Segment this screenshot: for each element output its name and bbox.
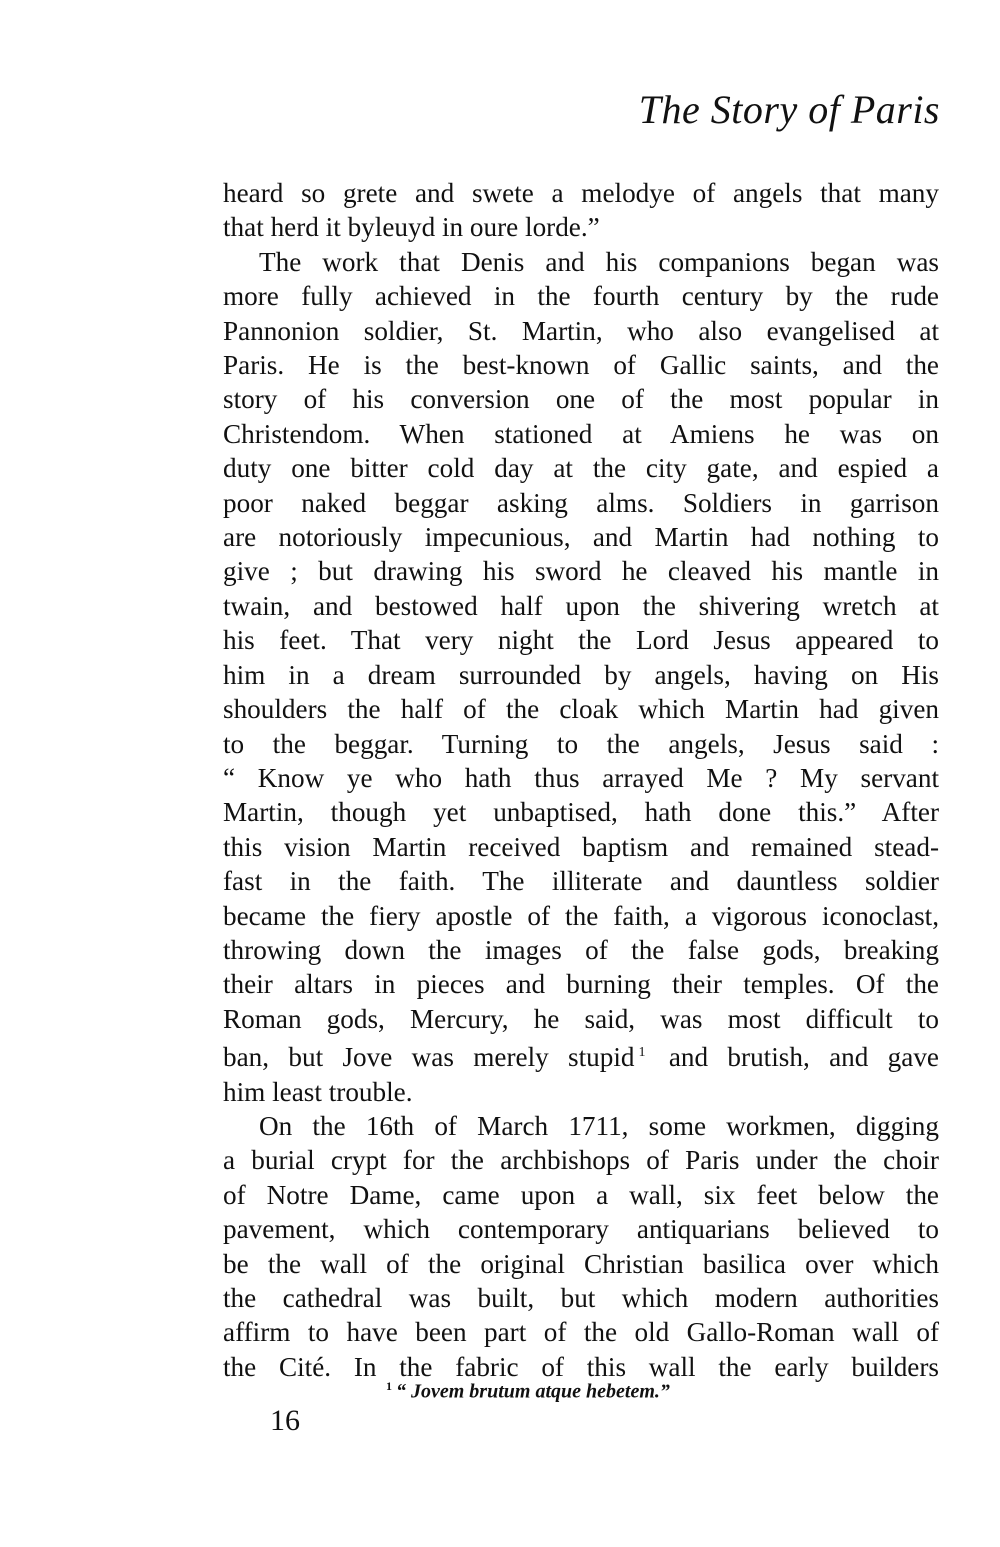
text-line-with-footnote: ban, but Jove was merely stupid1 and bru… [223, 1036, 939, 1074]
text-line: story of his conversion one of the most … [223, 382, 939, 416]
text-line: more fully achieved in the fourth centur… [223, 279, 939, 313]
text-line: became the fiery apostle of the faith, a… [223, 899, 939, 933]
text-line: The work that Denis and his companions b… [223, 245, 939, 279]
text-line: throwing down the images of the false go… [223, 933, 939, 967]
text-line: poor naked beggar asking alms. Soldiers … [223, 486, 939, 520]
text-line: affirm to have been part of the old Gall… [223, 1315, 939, 1349]
text-line: are notoriously impecunious, and Martin … [223, 520, 939, 554]
text-line: that herd it byleuyd in oure lorde.” [223, 210, 939, 244]
text-line: the cathedral was built, but which moder… [223, 1281, 939, 1315]
text-segment: and brutish, and gave [650, 1042, 939, 1072]
text-line: “ Know ye who hath thus arrayed Me ? My … [223, 761, 939, 795]
text-line: this vision Martin received baptism and … [223, 830, 939, 864]
text-line: to the beggar. Turning to the angels, Je… [223, 727, 939, 761]
text-line: of Notre Dame, came upon a wall, six fee… [223, 1178, 939, 1212]
text-segment: ban, but Jove was merely stupid [223, 1042, 635, 1072]
text-line: him least trouble. [223, 1075, 939, 1109]
body-text: heard so grete and swete a melodye of an… [223, 176, 939, 1384]
text-line: twain, and bestowed half upon the shiver… [223, 589, 939, 623]
book-page: The Story of Paris heard so grete and sw… [0, 0, 1000, 1547]
text-line: shoulders the half of the cloak which Ma… [223, 692, 939, 726]
text-line: be the wall of the original Christian ba… [223, 1247, 939, 1281]
text-line: Roman gods, Mercury, he said, was most d… [223, 1002, 939, 1036]
footnote-text: “ Jovem brutum atque hebetem.” [396, 1381, 670, 1403]
footnote-marker[interactable]: 1 [639, 1045, 646, 1060]
text-line: duty one bitter cold day at the city gat… [223, 451, 939, 485]
running-head: The Story of Paris [639, 86, 940, 133]
text-line: Pannonion soldier, St. Martin, who also … [223, 314, 939, 348]
footnote: 1“ Jovem brutum atque hebetem.” [386, 1379, 670, 1404]
text-line: Christendom. When stationed at Amiens he… [223, 417, 939, 451]
text-line: Martin, though yet unbaptised, hath done… [223, 795, 939, 829]
text-line: fast in the faith. The illiterate and da… [223, 864, 939, 898]
text-line: give ; but drawing his sword he cleaved … [223, 554, 939, 588]
text-line: Paris. He is the best-known of Gallic sa… [223, 348, 939, 382]
text-line: pavement, which contemporary antiquarian… [223, 1212, 939, 1246]
text-line: him in a dream surrounded by angels, hav… [223, 658, 939, 692]
footnote-number: 1 [386, 1379, 392, 1393]
text-line: their altars in pieces and burning their… [223, 967, 939, 1001]
text-line: heard so grete and swete a melodye of an… [223, 176, 939, 210]
page-number: 16 [270, 1404, 300, 1438]
text-line: a burial crypt for the archbishops of Pa… [223, 1143, 939, 1177]
text-line: On the 16th of March 1711, some workmen,… [223, 1109, 939, 1143]
text-line: his feet. That very night the Lord Jesus… [223, 623, 939, 657]
